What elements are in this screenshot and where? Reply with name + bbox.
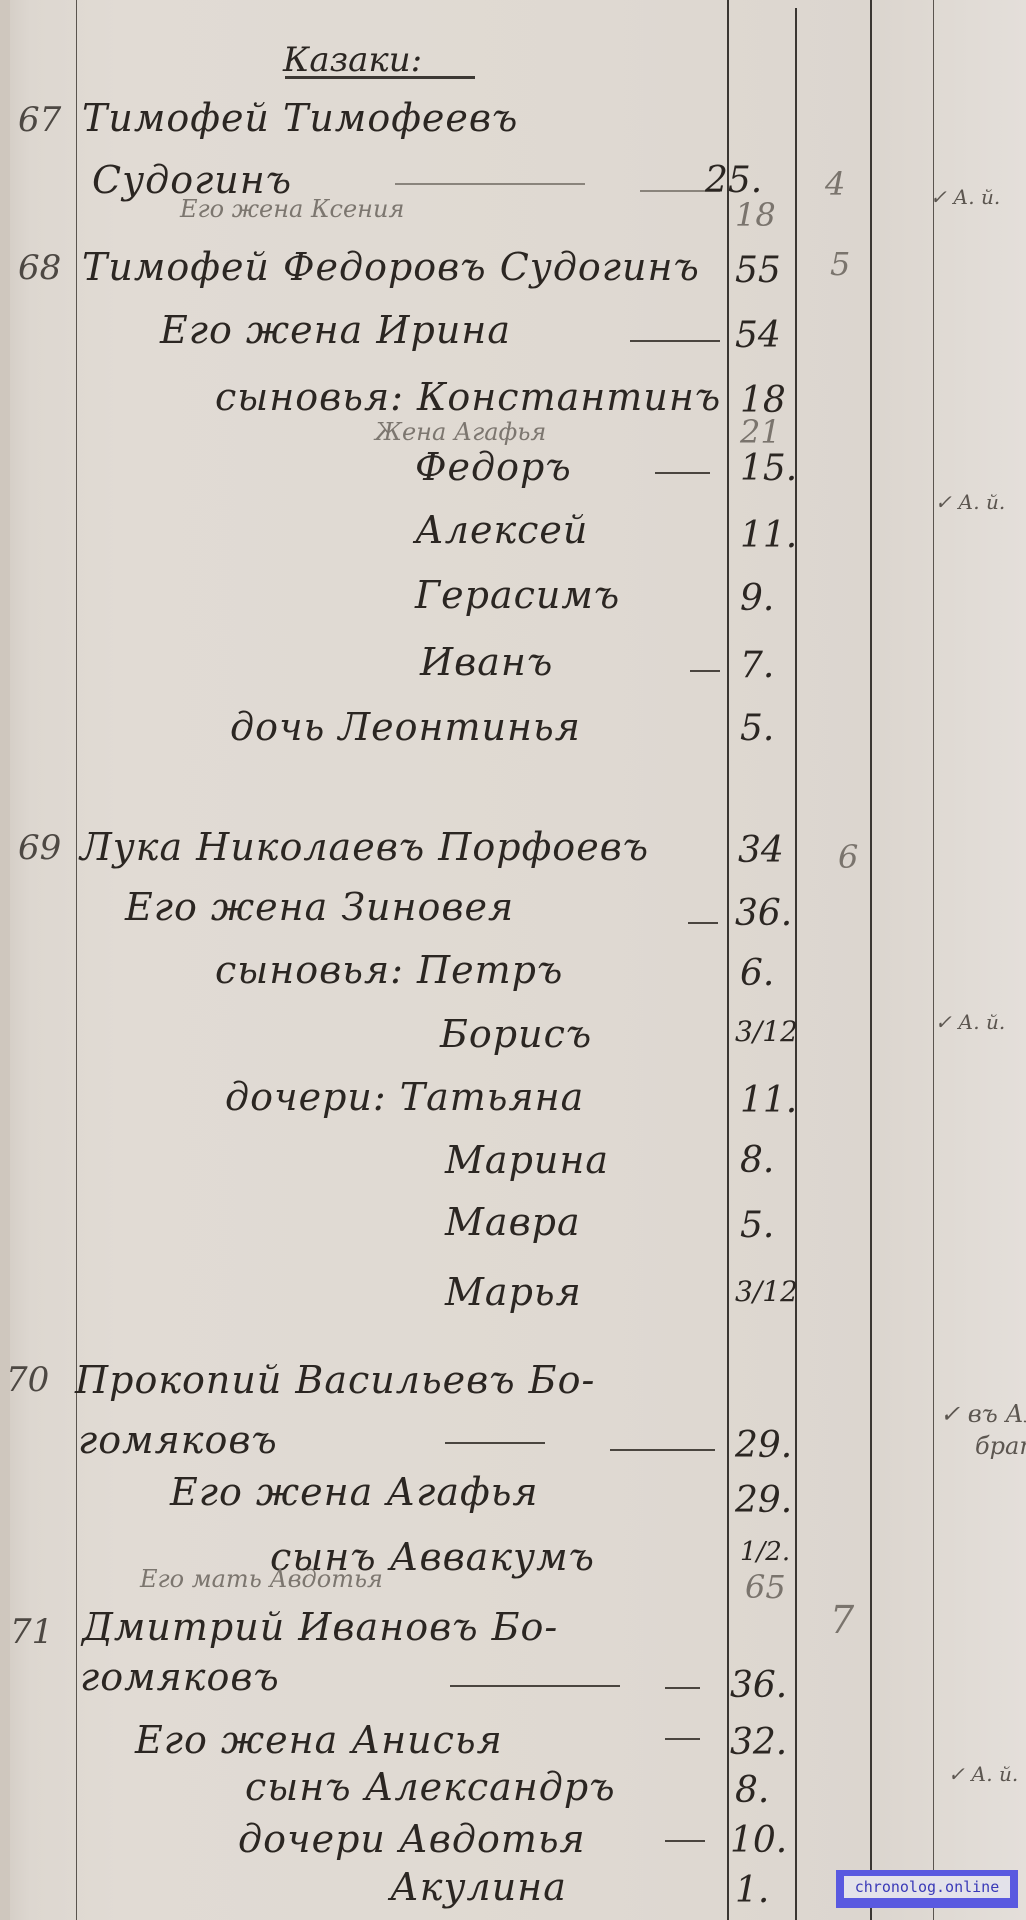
house-number: 7 (830, 1598, 854, 1642)
margin-note: ✓ А. й. (948, 1762, 1018, 1786)
entry-line: сыновья: Петръ (215, 948, 563, 992)
age-value: 36. (735, 893, 792, 934)
fill-dash (630, 340, 720, 342)
fill-dash (665, 1738, 700, 1740)
entry-line: дочери Авдотья (238, 1817, 586, 1861)
margin-note: ✓ А. й. (935, 1010, 1005, 1034)
entry-line: гомяковъ (80, 1655, 280, 1699)
age-value: 1/2. (740, 1537, 790, 1567)
age-value: 32. (730, 1722, 787, 1763)
entry-line: Его жена Анисья (135, 1718, 503, 1762)
entry-line: Тимофей Федоровъ Судогинъ (82, 245, 700, 289)
age-value: 29. (735, 1425, 792, 1466)
entry-line: дочери: Татьяна (225, 1075, 584, 1119)
entry-number: 69 (18, 828, 61, 868)
age-value: 65 (745, 1568, 786, 1606)
age-value: 15. (740, 448, 797, 489)
age-value: 5. (740, 1205, 774, 1246)
pencil-addition: Его мать Авдотья (140, 1565, 383, 1593)
entry-number: 70 (6, 1360, 49, 1400)
entry-line: Тимофей Тимофеевъ (82, 96, 518, 140)
entry-line: Борисъ (440, 1012, 592, 1056)
entry-line: Дмитрий Ивановъ Бо- (82, 1605, 558, 1649)
entry-line: дочь Леонтинья (230, 705, 581, 749)
fill-dash (688, 922, 718, 924)
house-number: 5 (830, 245, 850, 283)
age-value: 25. (705, 160, 762, 201)
entry-line: Его жена Ирина (160, 308, 511, 352)
fill-dash (665, 1840, 705, 1842)
entry-line: Марина (445, 1138, 609, 1182)
entry-line: Мавра (445, 1200, 581, 1244)
entry-line: Его жена Зиновея (125, 885, 514, 929)
watermark-text: chronolog.online (844, 1876, 1010, 1898)
watermark-badge: chronolog.online (836, 1870, 1018, 1908)
age-value: 7. (740, 645, 774, 686)
entry-line: Прокопий Васильевъ Бо- (75, 1358, 595, 1402)
fill-dash (610, 1449, 715, 1451)
entry-line: Акулина (390, 1865, 567, 1909)
margin-note: ✓ А. й. (935, 490, 1005, 514)
age-value: 11. (740, 515, 797, 556)
entry-line: Алексей (415, 508, 588, 552)
age-value: 34 (738, 830, 784, 871)
house-number: 4 (825, 165, 845, 203)
entry-line: сынъ Александръ (245, 1765, 616, 1809)
age-value: 8. (740, 1140, 774, 1181)
age-value: 10. (730, 1820, 787, 1861)
age-value: 6. (740, 953, 774, 994)
margin-note: ✓ въ Ам (940, 1400, 1026, 1428)
age-value: 1. (735, 1870, 769, 1911)
column-rule-3 (870, 0, 872, 1920)
house-column-rule (795, 8, 797, 1920)
age-value: 5. (740, 708, 774, 749)
age-value: 9. (740, 578, 774, 619)
margin-note: ✓ А. й. (930, 185, 1000, 209)
age-value: 36. (730, 1665, 787, 1706)
document-scan: Казаки: 67 Тимофей Тимофеевъ Судогинъ 25… (0, 0, 1026, 1920)
fill-dash (450, 1685, 620, 1687)
age-value: 21 (740, 413, 781, 451)
entry-line: Марья (445, 1270, 582, 1314)
age-value: 55 (735, 250, 781, 291)
pencil-addition: Его жена Ксения (180, 195, 404, 223)
age-value: 54 (735, 315, 781, 356)
age-value: 11. (740, 1080, 797, 1121)
fill-dash (655, 472, 710, 474)
age-value: 29. (735, 1480, 792, 1521)
margin-rule (76, 0, 77, 1920)
house-number: 6 (838, 838, 858, 876)
fill-dash (665, 1687, 700, 1689)
age-value: 3/12 (735, 1015, 798, 1048)
entry-line: Иванъ (420, 640, 553, 684)
entry-line: гомяковъ (78, 1418, 278, 1462)
entry-number: 68 (18, 248, 61, 288)
entry-number: 67 (18, 100, 61, 140)
age-value: 18 (735, 196, 776, 234)
pencil-addition: Жена Агафья (375, 418, 546, 446)
heading-underline (285, 76, 475, 79)
column-rule-4 (933, 0, 934, 1920)
margin-note: брат (975, 1432, 1026, 1460)
entry-line: Герасимъ (415, 573, 620, 617)
section-heading: Казаки: (283, 40, 422, 80)
age-value: 8. (735, 1770, 769, 1811)
entry-line: Его жена Агафья (170, 1470, 539, 1514)
entry-line: Федоръ (415, 445, 572, 489)
fill-dash (395, 183, 585, 185)
age-value: 3/12 (735, 1275, 798, 1308)
page-edge (0, 0, 10, 1920)
fill-dash (445, 1442, 545, 1444)
entry-number: 71 (10, 1612, 53, 1652)
fill-dash (690, 670, 720, 672)
entry-line: Лука Николаевъ Порфоевъ (80, 825, 649, 869)
age-column-rule (727, 0, 729, 1920)
entry-line: сыновья: Константинъ (215, 375, 721, 419)
